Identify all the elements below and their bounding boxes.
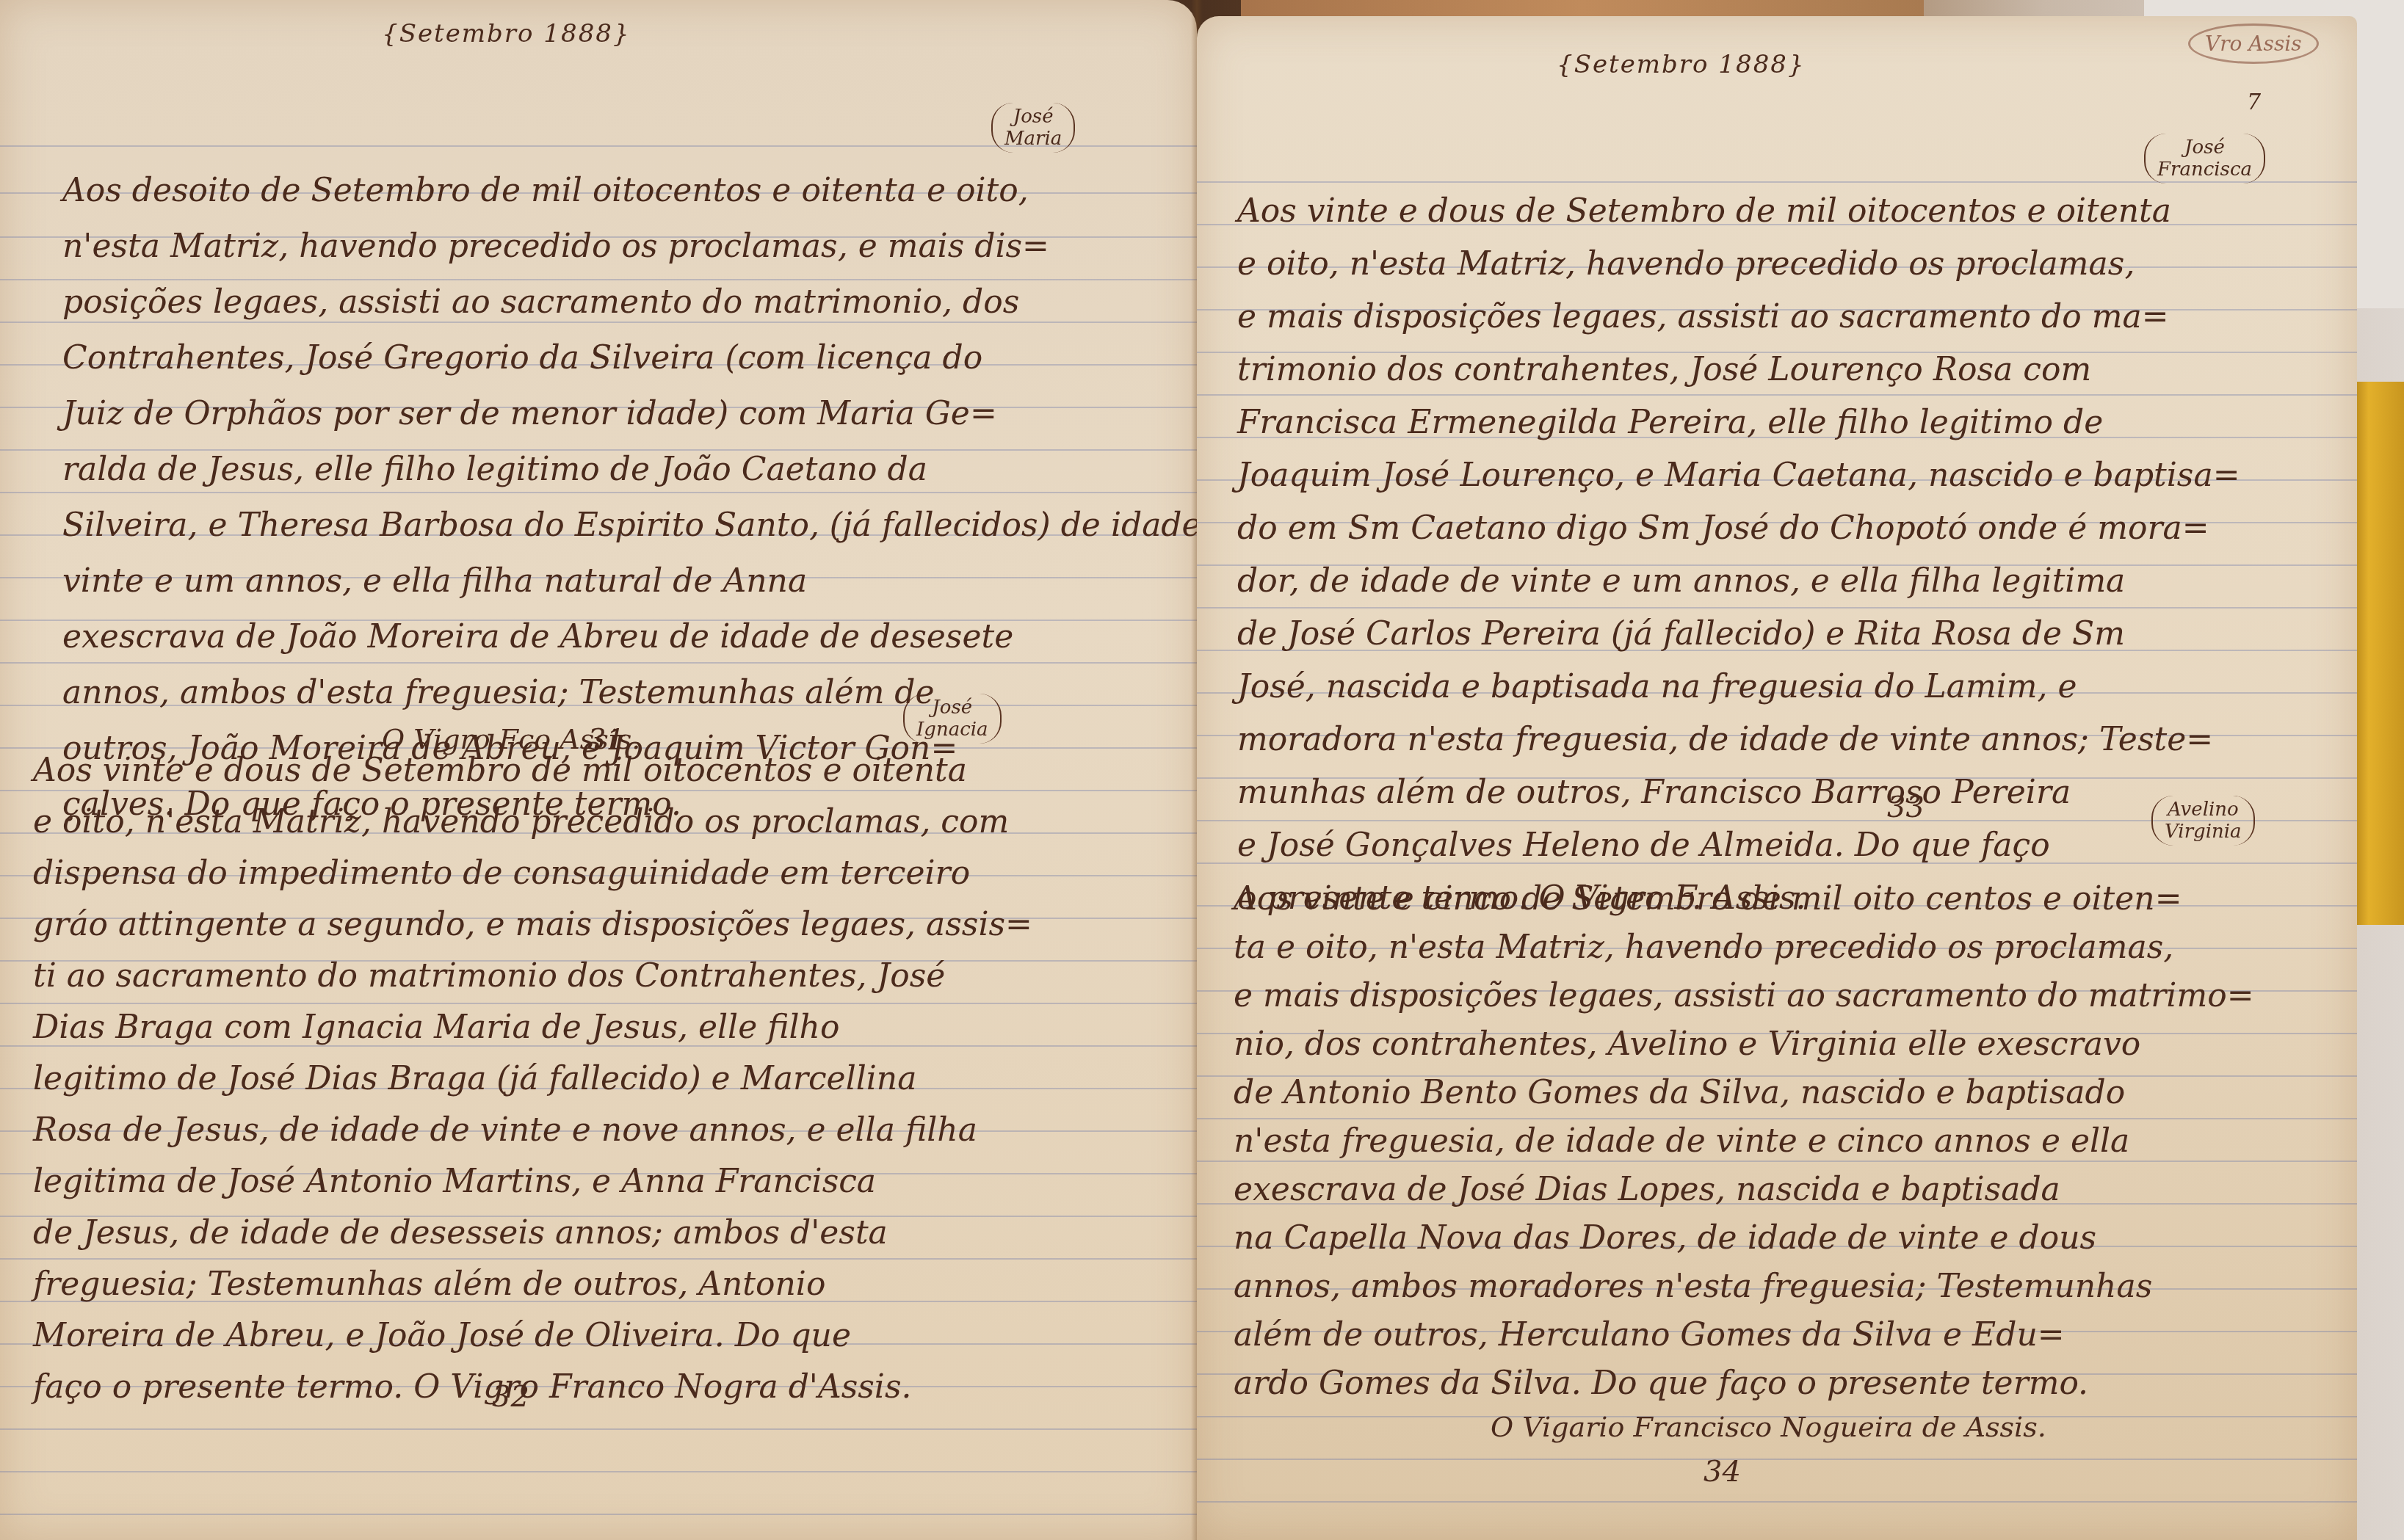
entry-line: nio, dos contrahentes, Avelino e Virgini… [1234, 1020, 2254, 1069]
margin-note-bride: Maria [1004, 128, 1062, 150]
left-page: {Setembro 1888} José Maria Aos desoito d… [0, 0, 1197, 1540]
margin-note-groom: José [1004, 106, 1062, 128]
entry-line: além de outros, Herculano Gomes da Silva… [1234, 1311, 2254, 1359]
entry-line: Aos vinte e dous de Setembro de mil oito… [33, 745, 1032, 796]
entry-line: Juiz de Orphãos por ser de menor idade) … [62, 386, 1197, 442]
photo-scene: {Setembro 1888} José Maria Aos desoito d… [0, 0, 2404, 1540]
entry-line: e oito, n'esta Matriz, havendo precedido… [33, 796, 1032, 848]
entry-line: Contrahentes, José Gregorio da Silveira … [62, 330, 1197, 386]
marriage-entry-33: Aos vinte e dous de Setembro de mil oito… [1237, 185, 2240, 925]
entry-line: ti ao sacramento do matrimonio dos Contr… [33, 951, 1032, 1002]
entry-line: de José Carlos Pereira (já fallecido) e … [1237, 608, 2240, 661]
background-yellow-book-spine [2353, 382, 2404, 925]
entry-line: n'esta freguesia, de idade de vinte e ci… [1234, 1117, 2254, 1166]
entry-line: de Antonio Bento Gomes da Silva, nascido… [1234, 1069, 2254, 1117]
entry-line: de Jesus, de idade de desesseis annos; a… [33, 1207, 1032, 1259]
ruled-line [1197, 1501, 2357, 1503]
entry-line: Dias Braga com Ignacia Maria de Jesus, e… [33, 1002, 1032, 1053]
right-page: {Setembro 1888} Vro Assis 7 José Francis… [1197, 16, 2357, 1540]
margin-note-groom: José [2157, 137, 2252, 159]
margin-note-names: Avelino Virginia [2151, 796, 2255, 846]
entry-line: n'esta Matriz, havendo precedido os proc… [62, 219, 1197, 275]
entry-line: Moreira de Abreu, e João José de Oliveir… [33, 1310, 1032, 1362]
entry-line: faço o presente termo. O Vigro Franco No… [33, 1362, 1032, 1413]
entry-number: 34 [1704, 1455, 1741, 1489]
entry-line: annos, ambos d'esta freguesia; Testemunh… [62, 665, 1197, 721]
entry-line: legitimo de José Dias Braga (já fallecid… [33, 1053, 1032, 1105]
margin-note-bride: Virginia [2165, 821, 2242, 843]
entry-number: 33 [1887, 791, 1925, 824]
entry-line: annos, ambos moradores n'esta freguesia;… [1234, 1263, 2254, 1311]
entry-line: e José Gonçalves Heleno de Almeida. Do q… [1237, 819, 2240, 872]
entry-line: Aos vinte e cinco de Setembro de mil oit… [1234, 875, 2254, 923]
entry-line: e mais disposições legaes, assisti ao sa… [1237, 291, 2240, 344]
entry-line: dispensa do impedimento de consaguinidad… [33, 848, 1032, 899]
ruled-line [0, 1471, 1197, 1472]
entry-line: e mais disposições legaes, assisti ao sa… [1234, 972, 2254, 1020]
ruled-line [0, 1514, 1197, 1515]
entry-line: trimonio dos contrahentes, José Lourenço… [1237, 344, 2240, 396]
entry-line: exescrava de José Dias Lopes, nascida e … [1234, 1166, 2254, 1214]
margin-note-names: José Ignacia [903, 694, 1002, 744]
marriage-entry-32: Aos vinte e dous de Setembro de mil oito… [33, 745, 1032, 1413]
entry-line: na Capella Nova das Dores, de idade de v… [1234, 1214, 2254, 1263]
entry-line: dor, de idade de vinte e um annos, e ell… [1237, 555, 2240, 608]
margin-note-groom: José [916, 697, 988, 719]
margin-note-bride: Francisca [2157, 159, 2252, 181]
entry-line: do em Sm Caetano digo Sm José do Chopotó… [1237, 502, 2240, 555]
entry-line: Aos vinte e dous de Setembro de mil oito… [1237, 185, 2240, 238]
entry-line: moradora n'esta freguesia, de idade de v… [1237, 713, 2240, 766]
signature-vicar: O Vigario Francisco Nogueira de Assis. [1491, 1411, 2046, 1443]
entry-line: José, nascida e baptisada na freguesia d… [1237, 661, 2240, 713]
margin-note-names: José Maria [991, 103, 1075, 153]
entry-line: ta e oito, n'esta Matriz, havendo preced… [1234, 923, 2254, 972]
parish-stamp: Vro Assis [2188, 23, 2319, 64]
page-header-date: {Setembro 1888} [382, 19, 631, 48]
entry-line: munhas além de outros, Francisco Barroso… [1237, 766, 2240, 819]
entry-line: Aos desoito de Setembro de mil oitocento… [62, 163, 1197, 219]
entry-line: gráo attingente a segundo, e mais dispos… [33, 899, 1032, 951]
folio-number: 7 [2247, 90, 2261, 115]
page-header-date: {Setembro 1888} [1557, 50, 1806, 79]
ruled-line [0, 1428, 1197, 1430]
marriage-entry-34: Aos vinte e cinco de Setembro de mil oit… [1234, 875, 2254, 1408]
entry-line: Francisca Ermenegilda Pereira, elle filh… [1237, 396, 2240, 449]
entry-number: 32 [492, 1380, 529, 1414]
entry-line: ralda de Jesus, elle filho legitimo de J… [62, 442, 1197, 498]
margin-note-bride: Ignacia [916, 719, 988, 741]
margin-note-groom: Avelino [2165, 799, 2242, 821]
ruled-line [1197, 1459, 2357, 1460]
entry-line: posições legaes, assisti ao sacramento d… [62, 275, 1197, 330]
margin-note-names: José Francisca [2144, 134, 2265, 184]
entry-line: ardo Gomes da Silva. Do que faço o prese… [1234, 1359, 2254, 1408]
entry-line: legitima de José Antonio Martins, e Anna… [33, 1156, 1032, 1207]
entry-line: Silveira, e Theresa Barbosa do Espirito … [62, 498, 1197, 553]
entry-line: exescrava de João Moreira de Abreu de id… [62, 609, 1197, 665]
entry-line: freguesia; Testemunhas além de outros, A… [33, 1259, 1032, 1310]
entry-line: vinte e um annos, e ella filha natural d… [62, 553, 1197, 609]
entry-line: Joaquim José Lourenço, e Maria Caetana, … [1237, 449, 2240, 502]
entry-line: e oito, n'esta Matriz, havendo precedido… [1237, 238, 2240, 291]
entry-line: Rosa de Jesus, de idade de vinte e nove … [33, 1105, 1032, 1156]
